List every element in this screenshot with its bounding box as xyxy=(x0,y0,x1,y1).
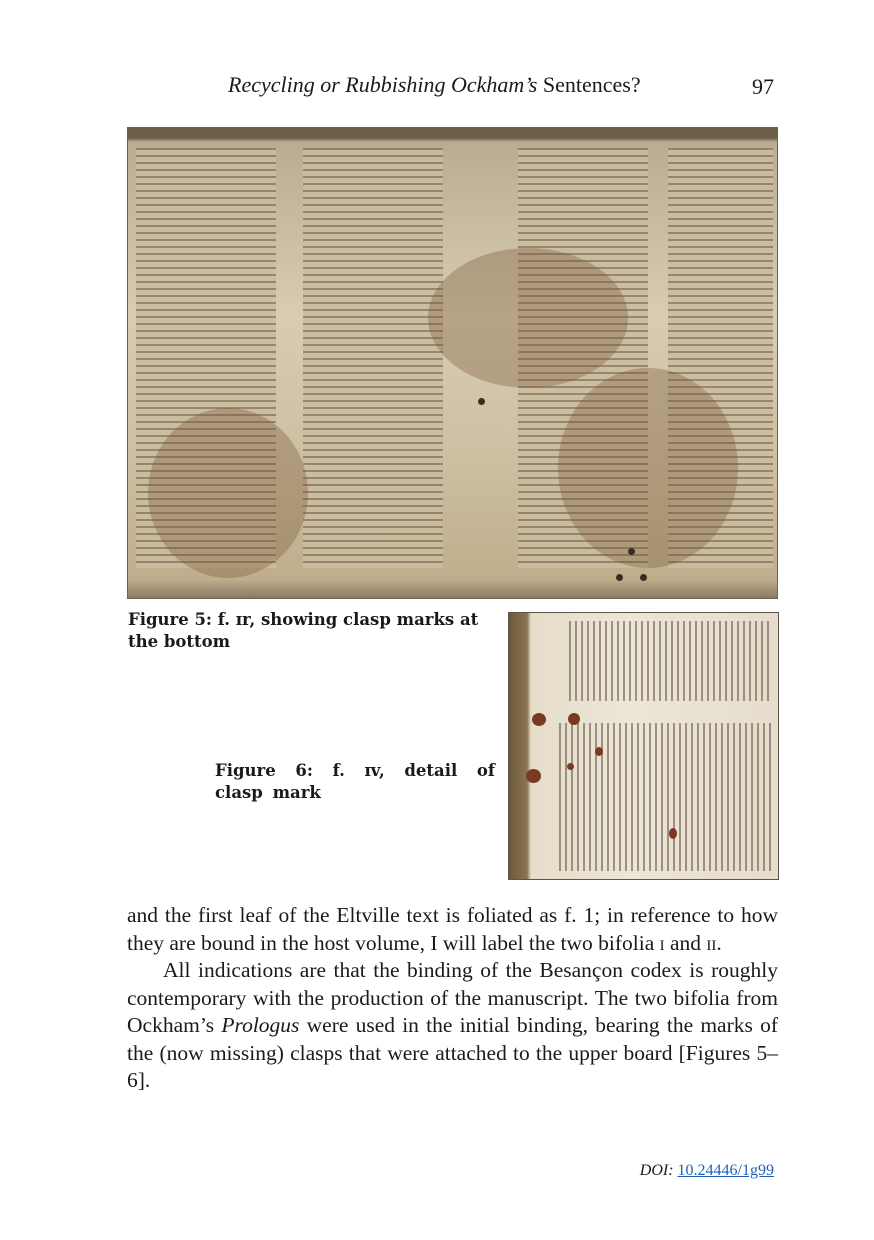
paragraph-1-text: and xyxy=(665,931,707,955)
clasp-stain xyxy=(567,763,574,770)
clasp-stain xyxy=(669,828,677,839)
page-number: 97 xyxy=(752,74,774,100)
doi-label: DOI: xyxy=(640,1162,674,1179)
running-title-italic: Recycling or Rubbishing Ockham’s xyxy=(228,72,537,97)
doi-footer: DOI: 10.24446/1g99 xyxy=(640,1162,774,1180)
clasp-hole xyxy=(616,574,623,581)
running-title: Recycling or Rubbishing Ockham’s Sentenc… xyxy=(228,72,641,98)
stain xyxy=(148,408,308,578)
body-text: and the first leaf of the Eltville text … xyxy=(127,902,778,1095)
manuscript-text-block xyxy=(559,723,772,871)
stain xyxy=(428,248,628,388)
clasp-stain xyxy=(568,713,580,725)
running-title-roman: Sentences? xyxy=(537,72,640,97)
prologus-title: Prologus xyxy=(221,1013,299,1037)
paragraph-1-text: . xyxy=(716,931,721,955)
clasp-stain xyxy=(532,713,546,726)
clasp-stain xyxy=(595,747,603,756)
bifolium-label-ii: ii xyxy=(706,931,716,955)
clasp-hole xyxy=(628,548,635,555)
paragraph-2: All indications are that the binding of … xyxy=(127,957,778,1095)
manuscript-column xyxy=(303,148,443,568)
figure-5-image xyxy=(127,127,778,599)
clasp-hole xyxy=(640,574,647,581)
stain xyxy=(558,368,738,568)
figure-6-caption: Figure 6: f. ɪv, detail of clasp mark xyxy=(215,760,495,804)
paragraph-1: and the first leaf of the Eltville text … xyxy=(127,902,778,957)
manuscript-text-block xyxy=(569,621,772,701)
figure-5-caption: Figure 5: f. ɪr, showing clasp marks at … xyxy=(128,609,498,653)
clasp-hole xyxy=(478,398,485,405)
figure-6-image xyxy=(508,612,779,880)
clasp-stain xyxy=(526,769,541,783)
doi-link[interactable]: 10.24446/1g99 xyxy=(678,1162,774,1179)
running-head: Recycling or Rubbishing Ockham’s Sentenc… xyxy=(228,70,774,104)
